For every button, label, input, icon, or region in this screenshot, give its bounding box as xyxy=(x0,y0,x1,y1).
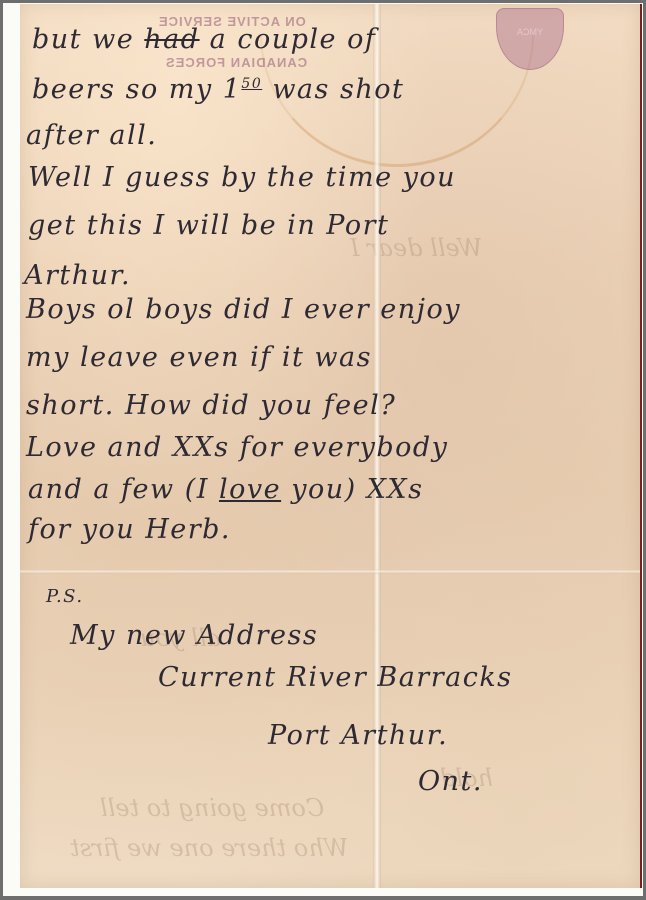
letter-line-1: but we had a couple of xyxy=(32,26,376,53)
horizontal-fold-crease xyxy=(20,569,640,574)
line-text: was shot xyxy=(262,74,404,105)
superscript-amount: 50 xyxy=(241,76,262,92)
letter-line-11: and a few (I love you) XXs xyxy=(28,476,424,503)
address-line-2: Port Arthur. xyxy=(268,722,448,749)
bleed-through-ink: Who there one we first xyxy=(70,834,348,862)
letter-line-4: Well I guess by the time you xyxy=(28,164,456,191)
line-text: but we xyxy=(32,24,144,55)
address-line-3: Ont. xyxy=(418,768,483,795)
scan-frame: ON ACTIVE SERVICE CANADIAN FORCES YMCA W… xyxy=(3,3,643,896)
struck-word: had xyxy=(144,24,199,55)
letter-line-10: Love and XXs for everybody xyxy=(26,434,448,461)
ps-intro: My new Address xyxy=(70,622,318,649)
letter-line-3: after all. xyxy=(26,122,157,149)
letter-line-7: Boys ol boys did I ever enjoy xyxy=(26,296,461,323)
underlined-word: love xyxy=(219,474,281,505)
letter-line-12-signature: for you Herb. xyxy=(28,516,231,543)
shield-label: YMCA xyxy=(505,27,555,37)
bleed-through-ink: Come going to tell xyxy=(100,794,324,822)
letter-line-2: beers so my 150 was shot xyxy=(32,76,404,103)
address-line-1: Current River Barracks xyxy=(158,664,513,691)
line-text: and a few (I xyxy=(28,474,219,505)
letter-line-9: short. How did you feel? xyxy=(26,392,396,419)
letter-line-8: my leave even if it was xyxy=(26,344,372,371)
line-text: beers so my 1 xyxy=(32,74,241,105)
letter-paper: ON ACTIVE SERVICE CANADIAN FORCES YMCA W… xyxy=(20,4,642,888)
line-text: a couple of xyxy=(200,24,377,55)
letterhead-stamp-line-2: CANADIAN FORCES xyxy=(165,55,307,70)
letter-line-5: get this I will be in Port xyxy=(28,212,389,239)
letter-line-6: Arthur. xyxy=(24,262,131,289)
ps-label: P.S. xyxy=(46,588,84,606)
line-text: you) XXs xyxy=(281,474,423,505)
